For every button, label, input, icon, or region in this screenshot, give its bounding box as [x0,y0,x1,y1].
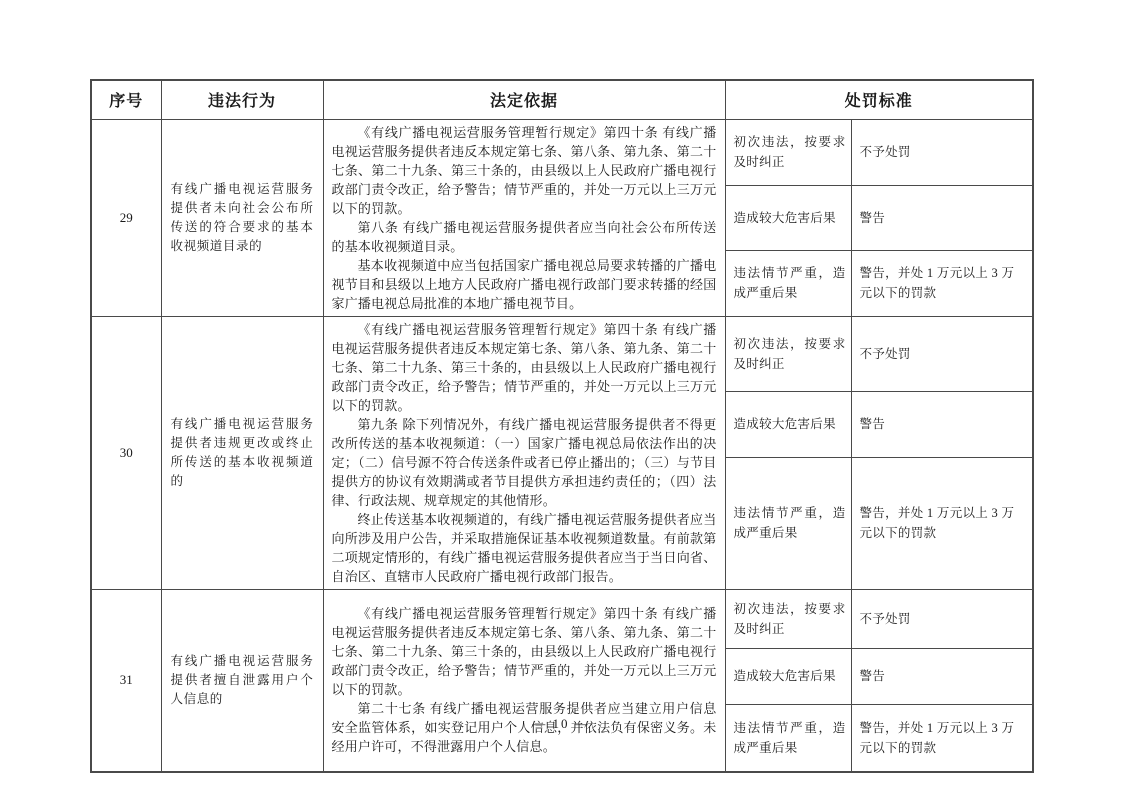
row-30-penalty-condition-2: 造成较大危害后果 [725,391,851,458]
row-31-violation: 有线广播电视运营服务提供者擅自泄露用户个人信息的 [161,589,323,772]
row-31-penalty-standard-1: 不予处罚 [851,589,1033,648]
col-header-violation: 违法行为 [161,80,323,119]
legal-paragraph: 《有线广播电视运营服务管理暂行规定》第四十条 有线广播电视运营服务提供者违反本规… [332,604,717,699]
table-header-row: 序号 违法行为 法定依据 处罚标准 [91,80,1033,119]
page-number: — 10 — [0,716,1122,732]
row-30-violation: 有线广播电视运营服务提供者违规更改或终止所传送的基本收视频道的 [161,316,323,589]
row-29-penalty-standard-2: 警告 [851,185,1033,250]
row-29-penalty-standard-1: 不予处罚 [851,119,1033,185]
row-29-penalty-condition-3: 违法情节严重，造成严重后果 [725,251,851,316]
row-31-penalty-condition-1: 初次违法，按要求及时纠正 [725,589,851,648]
legal-paragraph: 终止传送基本收视频道的，有线广播电视运营服务提供者应当向所涉及用户公告，并采取措… [332,510,717,586]
row-31-legal-basis: 《有线广播电视运营服务管理暂行规定》第四十条 有线广播电视运营服务提供者违反本规… [323,589,725,772]
legal-paragraph: 第八条 有线广播电视运营服务提供者应当向社会公布所传送的基本收视频道目录。 [332,218,717,256]
row-29-violation: 有线广播电视运营服务提供者未向社会公布所传送的符合要求的基本收视频道目录的 [161,119,323,316]
row-31-penalty-condition-2: 造成较大危害后果 [725,648,851,704]
row-30-penalty-condition-1: 初次违法，按要求及时纠正 [725,316,851,391]
row-31-penalty-standard-3: 警告，并处 1 万元以上 3 万元以下的罚款 [851,704,1033,772]
row-29-legal-basis: 《有线广播电视运营服务管理暂行规定》第四十条 有线广播电视运营服务提供者违反本规… [323,119,725,316]
legal-paragraph: 《有线广播电视运营服务管理暂行规定》第四十条 有线广播电视运营服务提供者违反本规… [332,123,717,218]
row-29-penalty-standard-3: 警告，并处 1 万元以上 3 万元以下的罚款 [851,251,1033,316]
row-30-penalty-standard-1: 不予处罚 [851,316,1033,391]
col-header-no: 序号 [91,80,161,119]
row-30-number: 30 [91,316,161,589]
row-29-penalty-condition-1: 初次违法，按要求及时纠正 [725,119,851,185]
row-31-number: 31 [91,589,161,772]
col-header-legal-basis: 法定依据 [323,80,725,119]
legal-paragraph: 《有线广播电视运营服务管理暂行规定》第四十条 有线广播电视运营服务提供者违反本规… [332,320,717,415]
legal-paragraph: 基本收视频道中应当包括国家广播电视总局要求转播的广播电视节目和县级以上地方人民政… [332,256,717,313]
row-31-penalty-standard-2: 警告 [851,648,1033,704]
legal-paragraph: 第九条 除下列情况外，有线广播电视运营服务提供者不得更改所传送的基本收视频道：（… [332,415,717,510]
row-30-penalty-standard-2: 警告 [851,391,1033,458]
table-row-30: 30 有线广播电视运营服务提供者违规更改或终止所传送的基本收视频道的 《有线广播… [91,316,1033,391]
table-row-31: 31 有线广播电视运营服务提供者擅自泄露用户个人信息的 《有线广播电视运营服务管… [91,589,1033,648]
document-page: 序号 违法行为 法定依据 处罚标准 29 有线广播电视运营服务提供者未向社会公布… [0,0,1122,793]
row-30-legal-basis: 《有线广播电视运营服务管理暂行规定》第四十条 有线广播电视运营服务提供者违反本规… [323,316,725,589]
penalty-standards-table: 序号 违法行为 法定依据 处罚标准 29 有线广播电视运营服务提供者未向社会公布… [90,79,1034,773]
table-row-29: 29 有线广播电视运营服务提供者未向社会公布所传送的符合要求的基本收视频道目录的… [91,119,1033,185]
row-31-penalty-condition-3: 违法情节严重，造成严重后果 [725,704,851,772]
row-29-number: 29 [91,119,161,316]
row-29-penalty-condition-2: 造成较大危害后果 [725,185,851,250]
row-30-penalty-standard-3: 警告，并处 1 万元以上 3 万元以下的罚款 [851,458,1033,589]
row-30-penalty-condition-3: 违法情节严重，造成严重后果 [725,458,851,589]
col-header-penalty-standard: 处罚标准 [725,80,1033,119]
